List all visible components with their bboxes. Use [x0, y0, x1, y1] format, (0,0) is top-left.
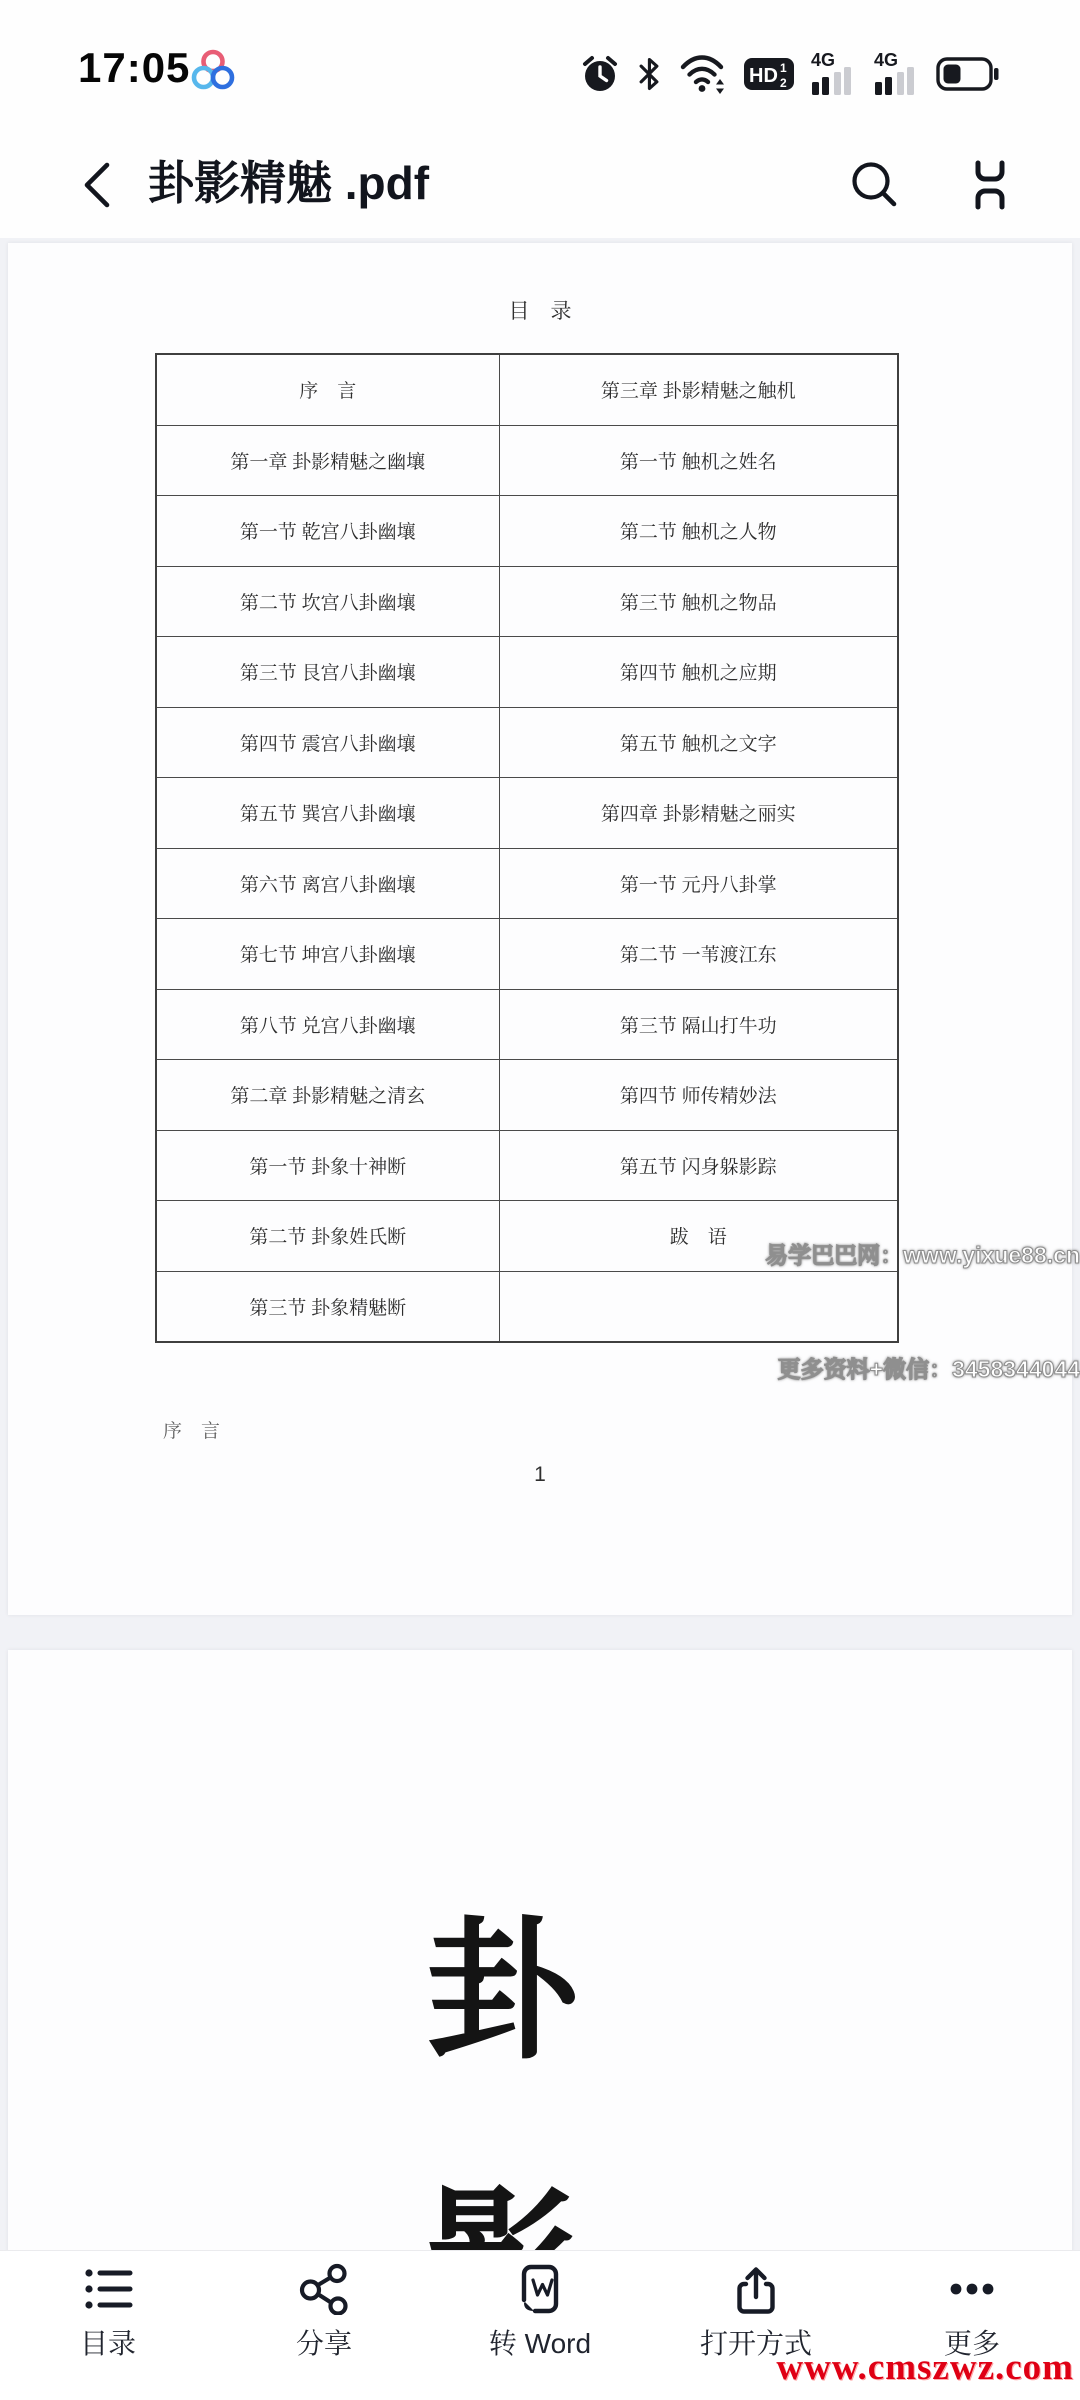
app-rings-icon: [190, 48, 236, 94]
section-label-preface: 序 言: [163, 1416, 220, 1443]
battery-icon: [936, 57, 1000, 91]
toolbar-label-catalog: 目录: [80, 2322, 136, 2362]
toc-cell-right: 第三节 隔山打牛功: [499, 989, 898, 1060]
toc-row: 第三节 艮宫八卦幽壤第四节 触机之应期: [156, 637, 898, 708]
toc-cell-right: 第四章 卦影精魅之丽实: [499, 778, 898, 849]
toc-cell-left: 第五节 巽宫八卦幽壤: [156, 778, 499, 849]
toc-cell-left: 第二节 坎宫八卦幽壤: [156, 566, 499, 637]
back-button[interactable]: [74, 160, 124, 210]
toc-title: 目 录: [8, 295, 1072, 325]
word-document-icon: [514, 2251, 566, 2315]
svg-text:HD: HD: [749, 65, 778, 87]
toc-cell-right: 第五节 触机之文字: [499, 707, 898, 778]
toc-cell-right: 第一节 触机之姓名: [499, 425, 898, 496]
status-icons: HD 1 2 4G 4G: [580, 50, 1000, 98]
toc-cell-right: 第三节 触机之物品: [499, 566, 898, 637]
site-watermark-line1: 易学巴巴网：www.yixue88.cn: [765, 1236, 1080, 1274]
wifi-icon: [678, 52, 728, 96]
page-thumbnails-icon[interactable]: [962, 157, 1018, 213]
open-with-icon: [730, 2251, 782, 2315]
share-nodes-icon: [298, 2251, 350, 2315]
toc-cell-left: 第二节 卦象姓氏断: [156, 1201, 499, 1272]
toc-cell-left: 第三节 艮宫八卦幽壤: [156, 637, 499, 708]
site-watermark: 易学巴巴网：www.yixue88.cn 更多资料+微信：3458344044: [765, 1160, 1080, 1426]
toc-cell-right: 第四节 触机之应期: [499, 637, 898, 708]
toc-cell-left: 第二章 卦影精魅之清玄: [156, 1060, 499, 1131]
red-watermark: www.cmszwz.com: [776, 2346, 1074, 2389]
signal-4g-sim2-icon: 4G: [873, 51, 921, 97]
toolbar-label-to-word: 转 Word: [489, 2322, 591, 2362]
svg-text:4G: 4G: [874, 51, 898, 70]
page-number: 1: [8, 1463, 1072, 1487]
document-title: 卦影精魅 .pdf: [148, 130, 429, 238]
catalog-list-icon: [82, 2251, 134, 2315]
toc-row: 第一节 乾宫八卦幽壤第二节 触机之人物: [156, 496, 898, 567]
toc-cell-left: 第七节 坤宫八卦幽壤: [156, 919, 499, 990]
toc-cell-left: 序 言: [156, 354, 499, 425]
toc-cell-left: 第六节 离宫八卦幽壤: [156, 848, 499, 919]
toc-row: 第一章 卦影精魅之幽壤第一节 触机之姓名: [156, 425, 898, 496]
toc-cell-right: 第二节 一苇渡江东: [499, 919, 898, 990]
toc-cell-left: 第一章 卦影精魅之幽壤: [156, 425, 499, 496]
toc-cell-right: 第一节 元丹八卦掌: [499, 848, 898, 919]
toc-cell-left: 第一节 卦象十神断: [156, 1130, 499, 1201]
signal-4g-sim1-icon: 4G: [810, 51, 858, 97]
header: 卦影精魅 .pdf: [0, 130, 1080, 238]
svg-text:1: 1: [780, 61, 787, 75]
toc-row: 第二节 坎宫八卦幽壤第三节 触机之物品: [156, 566, 898, 637]
toc-cell-left: 第四节 震宫八卦幽壤: [156, 707, 499, 778]
svg-text:4G: 4G: [811, 51, 835, 70]
search-icon[interactable]: [846, 156, 902, 212]
toc-row: 第七节 坤宫八卦幽壤第二节 一苇渡江东: [156, 919, 898, 990]
toolbar-item-to-word[interactable]: 转 Word: [432, 2251, 648, 2400]
more-dots-icon: [946, 2251, 998, 2315]
clock-time: 17:05: [78, 44, 190, 92]
toc-cell-right: 第三章 卦影精魅之触机: [499, 354, 898, 425]
toc-row: 第四节 震宫八卦幽壤第五节 触机之文字: [156, 707, 898, 778]
site-watermark-line2: 更多资料+微信：3458344044: [765, 1350, 1080, 1388]
toc-row: 第五节 巽宫八卦幽壤第四章 卦影精魅之丽实: [156, 778, 898, 849]
toc-row: 第八节 兑宫八卦幽壤第三节 隔山打牛功: [156, 989, 898, 1060]
toc-row: 序 言第三章 卦影精魅之触机: [156, 354, 898, 425]
toolbar-label-share: 分享: [296, 2322, 352, 2362]
toc-cell-right: 第二节 触机之人物: [499, 496, 898, 567]
toc-cell-left: 第八节 兑宫八卦幽壤: [156, 989, 499, 1060]
toc-cell-left: 第三节 卦象精魅断: [156, 1271, 499, 1342]
toc-cell-right: 第四节 师传精妙法: [499, 1060, 898, 1131]
alarm-icon: [580, 54, 620, 94]
svg-text:2: 2: [780, 76, 787, 90]
hd-volte-badge: HD 1 2: [743, 56, 795, 92]
toc-row: 第二章 卦影精魅之清玄第四节 师传精妙法: [156, 1060, 898, 1131]
toc-cell-left: 第一节 乾宫八卦幽壤: [156, 496, 499, 567]
toolbar-item-share[interactable]: 分享: [216, 2251, 432, 2400]
cover-char-1: 卦: [0, 1916, 1034, 2068]
toolbar-item-catalog[interactable]: 目录: [0, 2251, 216, 2400]
status-bar: 17:05: [0, 0, 1080, 130]
toc-row: 第六节 离宫八卦幽壤第一节 元丹八卦掌: [156, 848, 898, 919]
bluetooth-icon: [635, 52, 663, 96]
